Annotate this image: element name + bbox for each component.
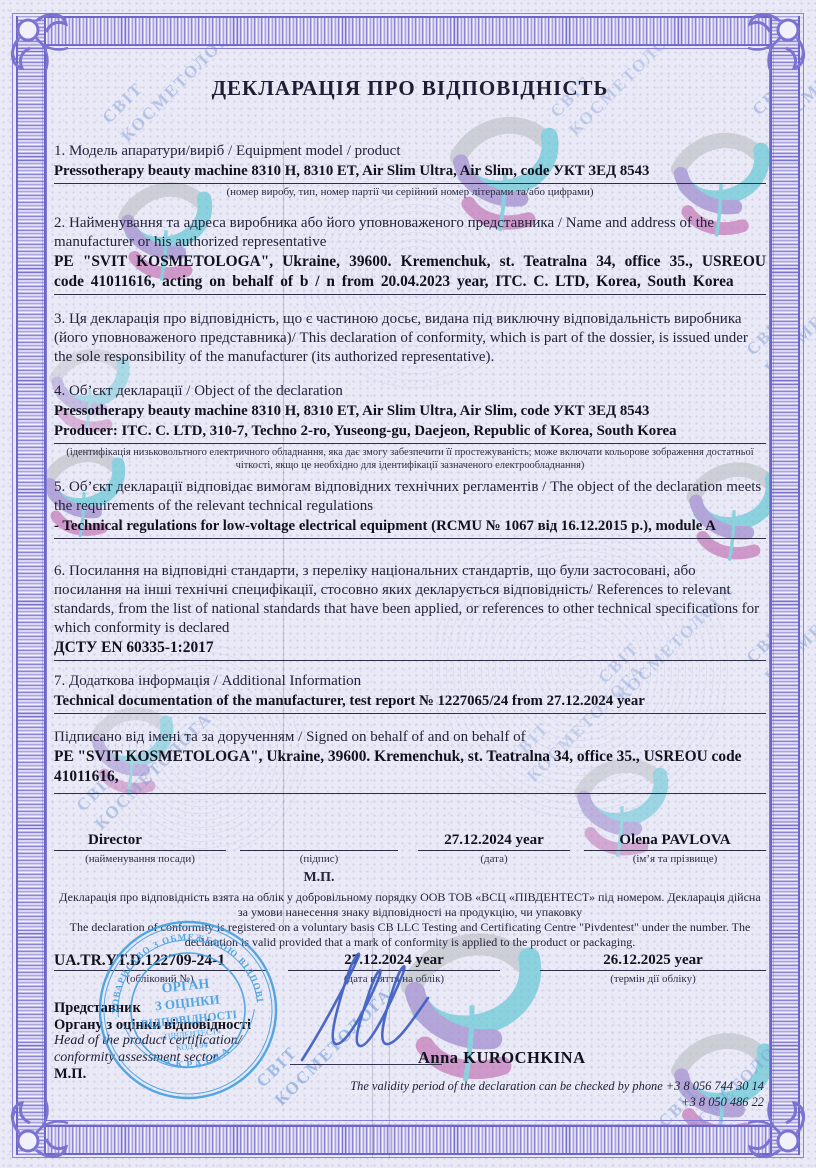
border-band-bottom: [16, 1125, 800, 1155]
section-5: 5. Об’єкт декларації відповідає вимогам …: [54, 478, 766, 539]
border-band-top: [16, 16, 800, 46]
validity-note: The validity period of the declaration c…: [350, 1078, 764, 1110]
border-band-left: [16, 16, 46, 1155]
signature-date-col: 27.12.2024 year (дата): [418, 832, 570, 866]
section-1-label: 1. Модель апаратури/виріб / Equipment mo…: [54, 142, 766, 161]
validity-note-line2: +3 8 050 486 22: [350, 1094, 764, 1110]
section-4-caption: (ідентифікація низьковольтного електричн…: [54, 444, 766, 472]
section-4: 4. Об’єкт декларації / Object of the dec…: [54, 382, 766, 472]
position-caption: (найменування посади): [54, 851, 226, 866]
corner-ornament: [746, 8, 810, 72]
signature-date: 27.12.2024 year: [418, 832, 570, 851]
border-band-right: [770, 16, 800, 1155]
section-5-label: 5. Об’єкт декларації відповідає вимогам …: [54, 478, 766, 516]
section-6-label: 6. Посилання на відповідні стандарти, з …: [54, 562, 766, 638]
signed-block: Підписано від імені та за дорученням / S…: [54, 728, 766, 794]
signatory-name: Olena PAVLOVA: [584, 832, 766, 851]
section-4-value2: Producer: ITC. C. LTD, 310-7, Techno 2-r…: [54, 421, 766, 444]
section-2-label: 2. Найменування та адреса виробника або …: [54, 214, 766, 252]
registration-note-ua: Декларація про відповідність взята на об…: [54, 890, 766, 920]
sign-caption: (підпис): [240, 851, 398, 866]
signed-label: Підписано від імені та за дорученням / S…: [54, 728, 766, 747]
section-7: 7. Додаткова інформація / Additional Inf…: [54, 672, 766, 714]
signature-sign-col: (підпис) М.П.: [240, 832, 398, 886]
position-title: Director: [54, 832, 226, 851]
section-3-text: 3. Ця декларація про відповідність, що є…: [54, 310, 766, 367]
certificate-page: СВІТКОСМЕТОЛОГА СВІТКОСМЕТОЛОГА СВІТКОСМ…: [0, 0, 816, 1168]
section-1-value: Pressotherapy beauty machine 8310 H, 831…: [54, 161, 766, 184]
record-expiry: 26.12.2025 year: [540, 952, 766, 971]
record-expiry-col: 26.12.2025 year (термін дії обліку): [540, 952, 766, 986]
section-2: 2. Найменування та адреса виробника або …: [54, 214, 766, 295]
record-expiry-caption: (термін дії обліку): [540, 971, 766, 986]
section-5-value: - Technical regulations for low-voltage …: [54, 516, 766, 539]
section-1: 1. Модель апаратури/виріб / Equipment mo…: [54, 142, 766, 199]
signature-name-col: Olena PAVLOVA (ім’я та прізвище): [584, 832, 766, 866]
signature-blank-line: [240, 832, 398, 851]
section-1-caption: (номер виробу, тип, номер партії чи сері…: [54, 184, 766, 199]
section-6-value: ДСТУ EN 60335-1:2017: [54, 638, 766, 661]
section-3: 3. Ця декларація про відповідність, що є…: [54, 310, 766, 367]
name-caption: (ім’я та прізвище): [584, 851, 766, 866]
corner-ornament: [746, 1099, 810, 1163]
assessor-name: Anna KUROCHKINA: [418, 1048, 585, 1068]
stamp-center-line4: «ПІВДЕНТЕСТ»: [160, 1026, 222, 1042]
stamp-center-line5: КОД 194: [175, 1039, 208, 1052]
section-4-value1: Pressotherapy beauty machine 8310 H, 831…: [54, 401, 766, 421]
page-title: ДЕКЛАРАЦІЯ ПРО ВІДПОВІДНІСТЬ: [54, 76, 766, 101]
section-6: 6. Посилання на відповідні стандарти, з …: [54, 562, 766, 661]
section-7-label: 7. Додаткова інформація / Additional Inf…: [54, 672, 766, 691]
section-7-value: Technical documentation of the manufactu…: [54, 691, 766, 714]
corner-ornament: [6, 1099, 70, 1163]
corner-ornament: [6, 8, 70, 72]
signature-position-col: Director (найменування посади): [54, 832, 226, 866]
signed-value: PE "SVIT KOSMETOLOGA", Ukraine, 39600. K…: [54, 747, 766, 794]
section-2-value: PE "SVIT KOSMETOLOGA", Ukraine, 39600. K…: [54, 252, 766, 295]
conformity-body-round-stamp: ТОВАРИСТВО З ОБМЕЖЕНОЮ ВІДПОВІДАЛЬНІСТЮ …: [87, 909, 289, 1111]
date-caption: (дата): [418, 851, 570, 866]
mp-mark: М.П.: [240, 866, 398, 886]
section-4-label: 4. Об’єкт декларації / Object of the dec…: [54, 382, 766, 401]
validity-note-line1: The validity period of the declaration c…: [350, 1078, 764, 1094]
